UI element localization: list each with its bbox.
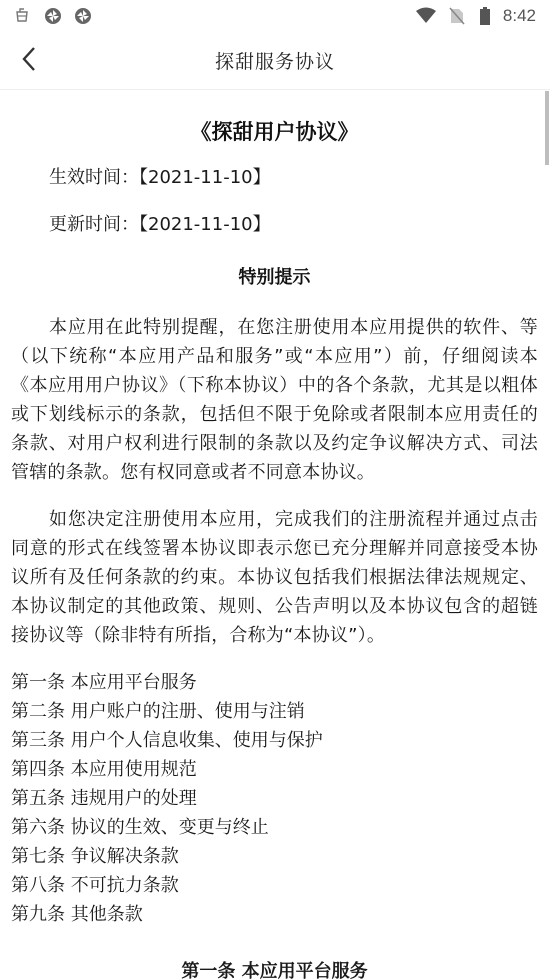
toc-item[interactable]: 第八条 不可抗力条款 — [11, 871, 538, 900]
sync-app-icon — [44, 7, 62, 25]
toc-item[interactable]: 第六条 协议的生效、变更与终止 — [11, 813, 538, 842]
toc-item[interactable]: 第三条 用户个人信息收集、使用与保护 — [11, 726, 538, 755]
chevron-left-icon — [21, 46, 37, 76]
status-bar-left — [14, 7, 92, 25]
status-time: 8:42 — [503, 6, 536, 26]
toc-item[interactable]: 第二条 用户账户的注册、使用与注销 — [11, 697, 538, 726]
notice-heading: 特别提示 — [11, 263, 538, 292]
status-bar-right: 8:42 — [415, 6, 536, 26]
document-content: 《探甜用户协议》 生效时间：【2021-11-10】 更新时间：【2021-11… — [0, 91, 550, 979]
document-title: 《探甜用户协议》 — [11, 117, 538, 147]
back-button[interactable] — [12, 44, 46, 78]
toc-item[interactable]: 第九条 其他条款 — [11, 900, 538, 929]
consent-paragraph: 如您决定注册使用本应用，完成我们的注册流程并通过点击同意的形式在线签署本协议即表… — [11, 505, 538, 650]
sync-app-icon — [74, 7, 92, 25]
updated-date-label: 更新时间： — [49, 214, 139, 235]
table-of-contents: 第一条 本应用平台服务 第二条 用户账户的注册、使用与注销 第三条 用户个人信息… — [11, 668, 538, 929]
clipboard-notification-icon — [14, 7, 32, 25]
wifi-icon — [415, 7, 437, 25]
battery-icon — [479, 7, 491, 25]
notice-paragraph: 本应用在此特别提醒，在您注册使用本应用提供的软件、等（以下统称“本应用产品和服务… — [11, 313, 538, 487]
toc-item[interactable]: 第一条 本应用平台服务 — [11, 668, 538, 697]
toc-item[interactable]: 第七条 争议解决条款 — [11, 842, 538, 871]
no-sim-icon — [449, 7, 467, 25]
toc-item[interactable]: 第四条 本应用使用规范 — [11, 755, 538, 784]
app-bar: 探甜服务协议 — [0, 32, 550, 90]
section-heading: 第一条 本应用平台服务 — [11, 957, 538, 979]
effective-date-value: 【2021-11-10】 — [139, 167, 271, 188]
effective-date-label: 生效时间： — [49, 167, 139, 188]
page-title: 探甜服务协议 — [215, 47, 335, 74]
screen: 8:42 探甜服务协议 《探甜用户协议》 生效时间：【2021-11-10】 更… — [0, 0, 550, 979]
toc-item[interactable]: 第五条 违规用户的处理 — [11, 784, 538, 813]
updated-date-value: 【2021-11-10】 — [139, 214, 271, 235]
effective-date-line: 生效时间：【2021-11-10】 — [11, 163, 538, 192]
updated-date-line: 更新时间：【2021-11-10】 — [11, 210, 538, 239]
status-bar: 8:42 — [0, 0, 550, 32]
